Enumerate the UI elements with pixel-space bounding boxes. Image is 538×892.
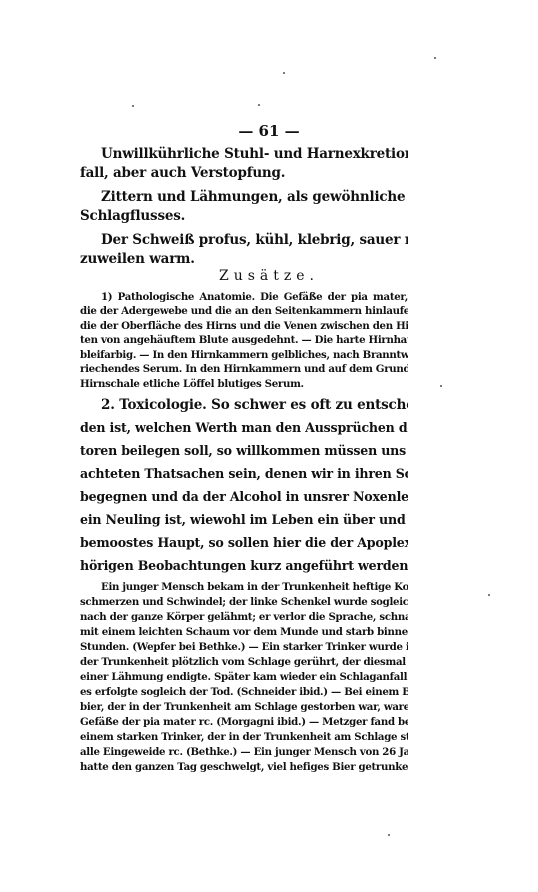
scan-speck bbox=[132, 105, 134, 107]
anatomy-line: Hirnschale etliche Löffel blutiges Serum… bbox=[80, 378, 408, 390]
case-line: es erfolgte sogleich der Tod. (Schneider… bbox=[80, 686, 408, 698]
scan-speck bbox=[388, 834, 390, 836]
case-line: Stunden. (Wepfer bei Bethke.) — Ein star… bbox=[80, 641, 408, 653]
toxicology-line: den ist, welchen Werth man den Aussprüch… bbox=[80, 420, 408, 435]
toxicology-line: begegnen und da der Alcohol in unsrer No… bbox=[80, 489, 408, 504]
case-line: nach der ganze Körper gelähmt; er verlor… bbox=[80, 611, 408, 623]
toxicology-line: toren beilegen soll, so willkommen müsse… bbox=[80, 443, 408, 458]
case-line: mit einem leichten Schaum vor dem Munde … bbox=[80, 626, 408, 638]
symptom-line: Der Schweiß profus, kühl, klebrig, sauer… bbox=[101, 232, 408, 248]
case-line: einer Lähmung endigte. Später kam wieder… bbox=[80, 671, 408, 683]
anatomy-line: die der Oberfläche des Hirns und die Ven… bbox=[80, 320, 408, 332]
anatomy-line: 1) Pathologische Anatomie. Die Gefäße de… bbox=[101, 291, 408, 303]
scan-speck bbox=[434, 57, 436, 59]
anatomy-line: ten von angehäuftem Blute ausgedehnt. — … bbox=[80, 334, 408, 346]
toxicology-line: hörigen Beobachtungen kurz angeführt wer… bbox=[80, 558, 408, 573]
case-line: Ein junger Mensch bekam in der Trunkenhe… bbox=[101, 581, 408, 593]
case-line: alle Eingeweide rc. (Bethke.) — Ein jung… bbox=[80, 746, 408, 758]
case-line: einem starken Trinker, der in der Trunke… bbox=[80, 731, 408, 743]
anatomy-line: bleifarbig. — In den Hirnkammern gelblic… bbox=[80, 349, 408, 361]
symptom-line: Zittern und Lähmungen, als gewöhnliche F… bbox=[101, 189, 408, 205]
scan-speck bbox=[258, 104, 260, 106]
case-line: schmerzen und Schwindel; der linke Schen… bbox=[80, 596, 408, 608]
symptom-line: Unwillkührliche Stuhl- und Harnexkretion… bbox=[101, 146, 408, 162]
scan-speck bbox=[488, 594, 490, 596]
section-heading: Zusätze. bbox=[0, 268, 538, 284]
book-page: — 61 — Unwillkührliche Stuhl- und Harnex… bbox=[0, 0, 538, 892]
symptom-line: Schlagflusses. bbox=[80, 208, 408, 224]
anatomy-line: riechendes Serum. In den Hirnkammern und… bbox=[80, 363, 408, 375]
toxicology-line: bemoostes Haupt, so sollen hier die der … bbox=[80, 535, 408, 550]
symptom-line: fall, aber auch Verstopfung. bbox=[80, 165, 408, 181]
page-number: — 61 — bbox=[0, 122, 538, 140]
toxicology-line: achteten Thatsachen sein, denen wir in i… bbox=[80, 466, 408, 481]
toxicology-line: ein Neuling ist, wiewohl im Leben ein üb… bbox=[80, 512, 408, 527]
scan-speck bbox=[283, 72, 285, 74]
symptom-line: zuweilen warm. bbox=[80, 251, 408, 267]
scan-speck bbox=[440, 385, 442, 387]
case-line: hatte den ganzen Tag geschwelgt, viel he… bbox=[80, 761, 408, 773]
anatomy-line: die der Adergewebe und die an den Seiten… bbox=[80, 305, 408, 317]
case-line: der Trunkenheit plötzlich vom Schlage ge… bbox=[80, 656, 408, 668]
case-line: Gefäße der pia mater rc. (Morgagni ibid.… bbox=[80, 716, 408, 728]
case-line: bier, der in der Trunkenheit am Schlage … bbox=[80, 701, 408, 713]
toxicology-line: 2. Toxicologie. So schwer es oft zu ents… bbox=[101, 397, 408, 413]
